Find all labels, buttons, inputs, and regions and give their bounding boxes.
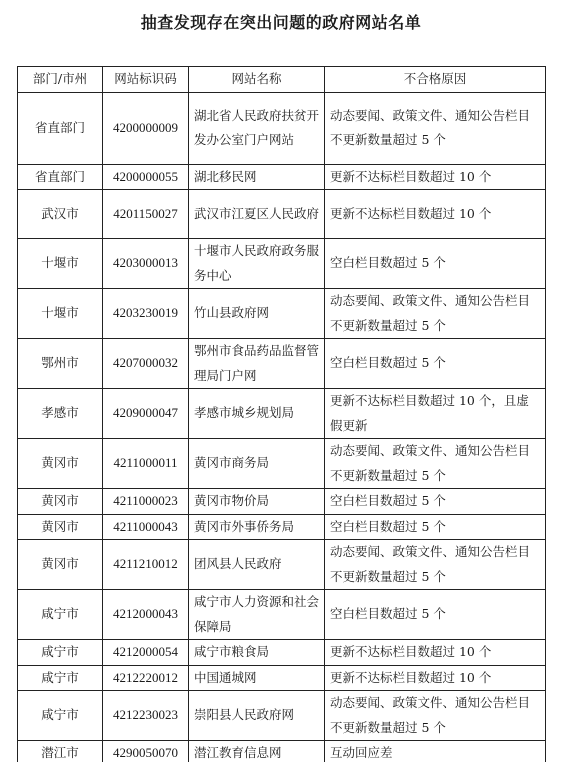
cell-site-name: 黄冈市外事侨务局 bbox=[189, 514, 325, 540]
cell-code: 4209000047 bbox=[103, 389, 189, 439]
cell-site-name: 武汉市江夏区人民政府 bbox=[189, 190, 325, 239]
cell-reason: 动态要闻、政策文件、通知公告栏目不更新数量超过 5 个 bbox=[325, 691, 546, 741]
cell-code: 4207000032 bbox=[103, 339, 189, 389]
website-list-table: 部门/市州 网站标识码 网站名称 不合格原因 省直部门4200000009湖北省… bbox=[17, 66, 546, 762]
table-row: 黄冈市4211000011黄冈市商务局动态要闻、政策文件、通知公告栏目不更新数量… bbox=[18, 439, 546, 489]
table-row: 咸宁市4212230023崇阳县人民政府网动态要闻、政策文件、通知公告栏目不更新… bbox=[18, 691, 546, 741]
table-row: 孝感市4209000047孝感市城乡规划局更新不达标栏目数超过 10 个，且虚假… bbox=[18, 389, 546, 439]
cell-dept: 咸宁市 bbox=[18, 691, 103, 741]
table-row: 潜江市4290050070潜江教育信息网互动回应差 bbox=[18, 741, 546, 762]
cell-site-name: 崇阳县人民政府网 bbox=[189, 691, 325, 741]
table-row: 鄂州市4207000032鄂州市食品药品监督管理局门户网空白栏目数超过 5 个 bbox=[18, 339, 546, 389]
cell-code: 4212000054 bbox=[103, 640, 189, 666]
cell-code: 4211000043 bbox=[103, 514, 189, 540]
cell-reason: 动态要闻、政策文件、通知公告栏目不更新数量超过 5 个 bbox=[325, 92, 546, 164]
table-row: 咸宁市4212000054咸宁市粮食局更新不达标栏目数超过 10 个 bbox=[18, 640, 546, 666]
cell-reason: 互动回应差 bbox=[325, 741, 546, 762]
table-row: 省直部门4200000055湖北移民网更新不达标栏目数超过 10 个 bbox=[18, 164, 546, 190]
cell-dept: 省直部门 bbox=[18, 92, 103, 164]
table-body: 省直部门4200000009湖北省人民政府扶贫开发办公室门户网站动态要闻、政策文… bbox=[18, 92, 546, 762]
cell-site-name: 潜江教育信息网 bbox=[189, 741, 325, 762]
cell-dept: 十堰市 bbox=[18, 289, 103, 339]
cell-reason: 更新不达标栏目数超过 10 个 bbox=[325, 190, 546, 239]
cell-dept: 鄂州市 bbox=[18, 339, 103, 389]
cell-site-name: 十堰市人民政府政务服务中心 bbox=[189, 239, 325, 289]
cell-dept: 武汉市 bbox=[18, 190, 103, 239]
cell-reason: 空白栏目数超过 5 个 bbox=[325, 590, 546, 640]
table-row: 十堰市4203000013十堰市人民政府政务服务中心空白栏目数超过 5 个 bbox=[18, 239, 546, 289]
table-header-row: 部门/市州 网站标识码 网站名称 不合格原因 bbox=[18, 67, 546, 93]
cell-dept: 黄冈市 bbox=[18, 489, 103, 515]
cell-dept: 潜江市 bbox=[18, 741, 103, 762]
document-title: 抽查发现存在突出问题的政府网站名单 bbox=[0, 10, 562, 33]
table-row: 十堰市4203230019竹山县政府网动态要闻、政策文件、通知公告栏目不更新数量… bbox=[18, 289, 546, 339]
cell-code: 4211210012 bbox=[103, 540, 189, 590]
cell-site-name: 竹山县政府网 bbox=[189, 289, 325, 339]
cell-site-name: 中国通城网 bbox=[189, 665, 325, 691]
cell-code: 4212230023 bbox=[103, 691, 189, 741]
cell-code: 4203000013 bbox=[103, 239, 189, 289]
cell-reason: 空白栏目数超过 5 个 bbox=[325, 239, 546, 289]
cell-dept: 黄冈市 bbox=[18, 439, 103, 489]
cell-dept: 省直部门 bbox=[18, 164, 103, 190]
header-dept: 部门/市州 bbox=[18, 67, 103, 93]
cell-code: 4290050070 bbox=[103, 741, 189, 762]
table-row: 咸宁市4212220012中国通城网更新不达标栏目数超过 10 个 bbox=[18, 665, 546, 691]
cell-dept: 十堰市 bbox=[18, 239, 103, 289]
table-row: 咸宁市4212000043咸宁市人力资源和社会保障局空白栏目数超过 5 个 bbox=[18, 590, 546, 640]
cell-site-name: 湖北省人民政府扶贫开发办公室门户网站 bbox=[189, 92, 325, 164]
cell-code: 4201150027 bbox=[103, 190, 189, 239]
header-reason: 不合格原因 bbox=[325, 67, 546, 93]
cell-reason: 更新不达标栏目数超过 10 个 bbox=[325, 640, 546, 666]
cell-code: 4211000011 bbox=[103, 439, 189, 489]
table-row: 黄冈市4211210012团风县人民政府动态要闻、政策文件、通知公告栏目不更新数… bbox=[18, 540, 546, 590]
cell-reason: 空白栏目数超过 5 个 bbox=[325, 339, 546, 389]
table-row: 黄冈市4211000043黄冈市外事侨务局空白栏目数超过 5 个 bbox=[18, 514, 546, 540]
cell-site-name: 团风县人民政府 bbox=[189, 540, 325, 590]
cell-dept: 孝感市 bbox=[18, 389, 103, 439]
cell-dept: 咸宁市 bbox=[18, 665, 103, 691]
cell-reason: 更新不达标栏目数超过 10 个，且虚假更新 bbox=[325, 389, 546, 439]
cell-reason: 动态要闻、政策文件、通知公告栏目不更新数量超过 5 个 bbox=[325, 289, 546, 339]
cell-site-name: 黄冈市商务局 bbox=[189, 439, 325, 489]
table-row: 武汉市4201150027武汉市江夏区人民政府更新不达标栏目数超过 10 个 bbox=[18, 190, 546, 239]
header-name: 网站名称 bbox=[189, 67, 325, 93]
table-row: 黄冈市4211000023黄冈市物价局空白栏目数超过 5 个 bbox=[18, 489, 546, 515]
cell-site-name: 咸宁市粮食局 bbox=[189, 640, 325, 666]
cell-site-name: 咸宁市人力资源和社会保障局 bbox=[189, 590, 325, 640]
cell-reason: 空白栏目数超过 5 个 bbox=[325, 489, 546, 515]
cell-reason: 更新不达标栏目数超过 10 个 bbox=[325, 665, 546, 691]
cell-reason: 更新不达标栏目数超过 10 个 bbox=[325, 164, 546, 190]
cell-code: 4212000043 bbox=[103, 590, 189, 640]
table-row: 省直部门4200000009湖北省人民政府扶贫开发办公室门户网站动态要闻、政策文… bbox=[18, 92, 546, 164]
cell-dept: 黄冈市 bbox=[18, 514, 103, 540]
cell-reason: 动态要闻、政策文件、通知公告栏目不更新数量超过 5 个 bbox=[325, 540, 546, 590]
cell-code: 4203230019 bbox=[103, 289, 189, 339]
cell-code: 4200000009 bbox=[103, 92, 189, 164]
cell-site-name: 湖北移民网 bbox=[189, 164, 325, 190]
cell-reason: 空白栏目数超过 5 个 bbox=[325, 514, 546, 540]
cell-code: 4200000055 bbox=[103, 164, 189, 190]
cell-dept: 黄冈市 bbox=[18, 540, 103, 590]
cell-dept: 咸宁市 bbox=[18, 590, 103, 640]
cell-site-name: 鄂州市食品药品监督管理局门户网 bbox=[189, 339, 325, 389]
cell-site-name: 黄冈市物价局 bbox=[189, 489, 325, 515]
cell-code: 4211000023 bbox=[103, 489, 189, 515]
cell-reason: 动态要闻、政策文件、通知公告栏目不更新数量超过 5 个 bbox=[325, 439, 546, 489]
cell-dept: 咸宁市 bbox=[18, 640, 103, 666]
header-code: 网站标识码 bbox=[103, 67, 189, 93]
cell-site-name: 孝感市城乡规划局 bbox=[189, 389, 325, 439]
cell-code: 4212220012 bbox=[103, 665, 189, 691]
